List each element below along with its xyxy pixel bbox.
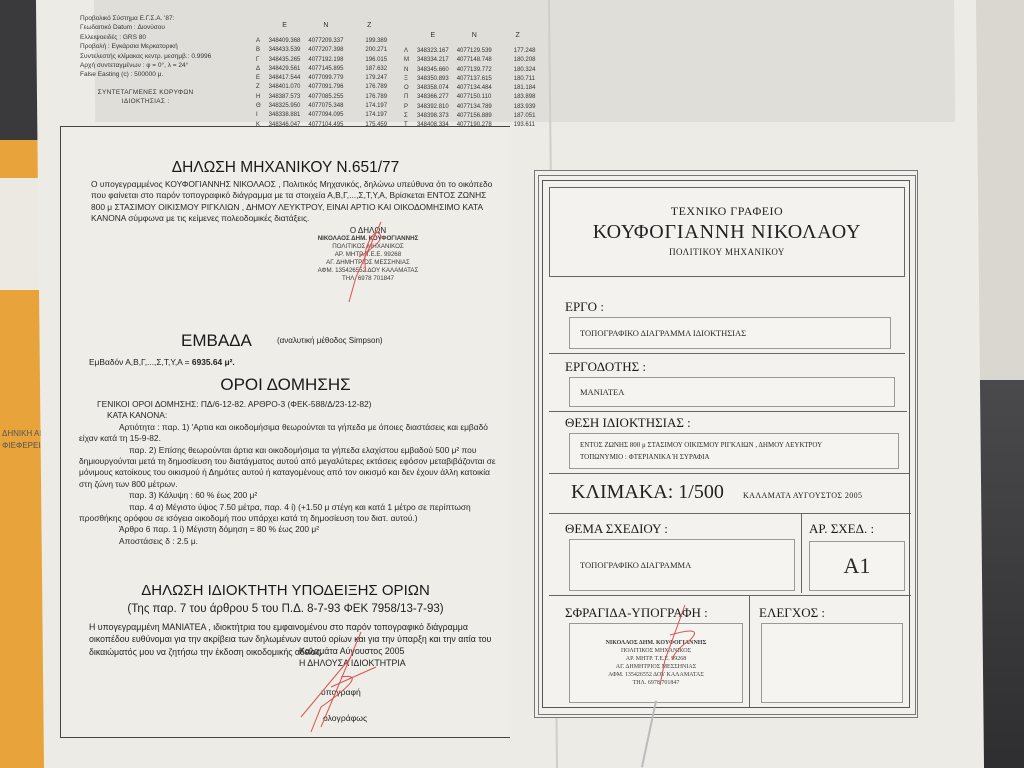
owner-declaration-title: ΔΗΛΩΣΗ ΙΔΙΟΚΤΗΤΗ ΥΠΟΔΕΙΞΗΣ ΟΡΙΩΝ: [61, 582, 510, 599]
vertex-label: Α: [252, 37, 265, 46]
coord-column-header: E: [413, 32, 453, 47]
client-value-text: ΜΑΝΙΑΤΕΑ: [580, 387, 894, 397]
easting: 348392.810: [413, 103, 453, 112]
scale: ΚΛΙΜΑΚΑ: 1/500: [571, 481, 724, 504]
elevation: 199.389: [347, 37, 391, 46]
vertex-label: Δ: [252, 65, 265, 74]
rule-paragraph: παρ. 3) Κάλυψη : 60 % έως 200 μ²: [79, 490, 499, 501]
vertex-label: Ρ: [400, 103, 413, 112]
northing: 4077209.337: [304, 37, 347, 46]
rule-paragraph: Αρτιότητα : παρ. 1) 'Αρτια και οικοδομήσ…: [79, 422, 499, 445]
divider: [549, 411, 907, 412]
coord-row: Μ348334.2174077148.748180.208: [400, 56, 539, 65]
rule-paragraph: Αποστάσεις δ : 2.5 μ.: [79, 536, 499, 547]
easting: 348401.070: [265, 83, 305, 92]
northing: 4077091.796: [304, 83, 347, 92]
vertex-label: Λ: [400, 47, 413, 56]
vertex-label: Ε: [252, 74, 265, 83]
vertex-label: Π: [400, 93, 413, 102]
area-label: ΕμΒαδόν Α,Β,Γ,...,Σ,Τ,Υ,Α =: [89, 357, 192, 367]
general-rules: ΓΕΝΙΚΟΙ ΟΡΟΙ ΔΟΜΗΣΗΣ: ΠΔ/6-12-82. ΑΡΘΡΟ-…: [79, 399, 499, 410]
northing: 4077192.198: [304, 56, 347, 65]
northing: 4077145.895: [304, 65, 347, 74]
northing: 4077085.255: [304, 93, 347, 102]
coord-row: Θ348325.9504077075.348174.197: [252, 102, 391, 111]
northing: 4077094.095: [304, 111, 347, 120]
elevation: 200.271: [347, 46, 391, 55]
project-value: ΤΟΠΟΓΡΑΦΙΚΟ ΔΙΑΓΡΑΜΜΑ ΙΔΙΟΚΤΗΣΙΑΣ: [569, 317, 891, 349]
subject-value: ΤΟΠΟΓΡΑΦΙΚΟ ΔΙΑΓΡΑΜΜΑ: [569, 539, 795, 591]
elevation: 179.247: [347, 74, 391, 83]
elevation: 180.324: [496, 66, 540, 75]
office-header: ΤΕΧΝΙΚΟ ΓΡΑΦΕΙΟ ΚΟΥΦΟΓΙΑΝΝΗ ΝΙΚΟΛΑΟΥ ΠΟΛ…: [549, 187, 905, 277]
coord-row: Ζ348401.0704077091.796176.789: [252, 83, 391, 92]
northing: 4077156.889: [453, 112, 496, 121]
elevation: 176.789: [347, 93, 391, 102]
northing: 4077139.772: [453, 66, 496, 75]
northing: 4077137.615: [453, 75, 496, 84]
elevation: 180.208: [496, 56, 540, 65]
coord-row: Ρ348392.8104077134.789183.939: [400, 103, 539, 112]
check-area: [761, 623, 903, 703]
vertex-label: Μ: [400, 56, 413, 65]
underlying-text-line: ΔΗΝΙΚΗ ΑΙ: [2, 428, 46, 440]
coord-row: Ν348345.6604077139.772180.324: [400, 66, 539, 75]
geo-line: Προβολή : Εγκάρσια Μερκατορική: [80, 42, 211, 51]
title-block-inner: ΤΕΧΝΙΚΟ ΓΡΑΦΕΙΟ ΚΟΥΦΟΓΙΑΝΝΗ ΝΙΚΟΛΑΟΥ ΠΟΛ…: [542, 180, 910, 708]
vertex-label: Σ: [400, 112, 413, 121]
elevation: 181.184: [496, 84, 540, 93]
location-value: ΕΝΤΟΣ ΖΩΝΗΣ 800 μ ΣΤΑΣΙΜΟΥ ΟΙΚΙΣΜΟΥ ΡΙΓΚ…: [569, 433, 899, 469]
coord-column-header: N: [304, 22, 347, 37]
coord-row: Ξ348350.8934077137.615180.711: [400, 75, 539, 84]
drawing-number-label: ΑΡ. ΣΧΕΔ. :: [809, 521, 874, 537]
easting: 348435.265: [265, 56, 305, 65]
easting: 348409.368: [265, 37, 305, 46]
title-block-signature: [630, 600, 720, 690]
elevation: 176.789: [347, 83, 391, 92]
geo-line: False Easting (c) : 500000 μ.: [80, 70, 211, 79]
northing: 4077075.348: [304, 102, 347, 111]
check-label: ΕΛΕΓΧΟΣ :: [759, 605, 825, 621]
coord-column-header: Z: [347, 22, 391, 37]
geo-line: Προβολικό Σύστημα Ε.Γ.Σ.Α. '87:: [80, 14, 211, 23]
vertex-label: Ι: [252, 111, 265, 120]
divider: [549, 353, 905, 354]
vertex-label: Ο: [400, 84, 413, 93]
engineer-signature: [321, 217, 411, 307]
vertex-label: Β: [252, 46, 265, 55]
divider: [801, 513, 802, 593]
easting: 348358.074: [413, 84, 453, 93]
easting: 348334.217: [413, 56, 453, 65]
elevation: 187.051: [496, 112, 540, 121]
rule-paragraph: Άρθρο 6 παρ. 1 ί) Μέγιστη δόμηση = 80 % …: [79, 524, 499, 535]
vertex-label: Ν: [400, 66, 413, 75]
subject-value-text: ΤΟΠΟΓΡΑΦΙΚΟ ΔΙΑΓΡΑΜΜΑ: [580, 560, 794, 570]
coordinates-heading-line: ΙΔΙΟΚΤΗΣΙΑΣ :: [80, 97, 211, 106]
coord-row: Ε348417.5444077099.779179.247: [252, 74, 391, 83]
divider: [549, 473, 909, 474]
coord-row: Γ348435.2654077192.198196.015: [252, 56, 391, 65]
northing: 4077129.539: [453, 47, 496, 56]
northing: 4077207.398: [304, 46, 347, 55]
easting: 348325.950: [265, 102, 305, 111]
geo-line: Αρχή συντεταγμένων : φ = 0°, λ = 24°: [80, 61, 211, 70]
easting: 348429.561: [265, 65, 305, 74]
client-label: ΕΡΓΟΔΟΤΗΣ :: [565, 359, 646, 375]
elevation: 174.197: [347, 111, 391, 120]
coordinates-table-right: ENZΛ348323.1674077129.539177.248Μ348334.…: [400, 32, 539, 131]
area-value: 6935.64 μ².: [192, 357, 235, 367]
owner-signature: [281, 627, 401, 737]
easting: 348345.660: [413, 66, 453, 75]
northing: 4077099.779: [304, 74, 347, 83]
office-line-1: ΤΕΧΝΙΚΟ ΓΡΑΦΕΙΟ: [550, 204, 904, 219]
engineer-declaration-title: ΔΗΛΩΣΗ ΜΗΧΑΝΙΚΟΥ Ν.651/77: [61, 159, 510, 177]
underlying-text-line: ΦΙΕΦΕΡΕΙΑ: [2, 440, 46, 452]
geo-line: Γεωδαιτικό Datum : Διονύσου: [80, 23, 211, 32]
subject-label: ΘΕΜΑ ΣΧΕΔΙΟΥ :: [565, 521, 668, 537]
building-rules-text: ΓΕΝΙΚΟΙ ΟΡΟΙ ΔΟΜΗΣΗΣ: ΠΔ/6-12-82. ΑΡΘΡΟ-…: [79, 399, 499, 547]
client-value: ΜΑΝΙΑΤΕΑ: [569, 377, 895, 407]
title-block: ΤΕΧΝΙΚΟ ΓΡΑΦΕΙΟ ΚΟΥΦΟΓΙΑΝΝΗ ΝΙΚΟΛΑΟΥ ΠΟΛ…: [530, 170, 920, 720]
office-line-3: ΠΟΛΙΤΙΚΟΥ ΜΗΧΑΝΙΚΟΥ: [550, 247, 904, 257]
elevation: 183.939: [496, 103, 540, 112]
vertex-label: Ξ: [400, 75, 413, 84]
geo-line: Συντελεστής κλίμακας κεντρ. μεσημβ.: 0.9…: [80, 52, 211, 61]
easting: 348323.167: [413, 47, 453, 56]
coord-row: Δ348429.5614077145.895187.632: [252, 65, 391, 74]
area-method: (αναλυτική μέθοδος Simpson): [277, 336, 383, 345]
coord-row: Η348387.5734077085.255176.789: [252, 93, 391, 102]
northing: 4077148.748: [453, 56, 496, 65]
coord-column-header: [400, 32, 413, 47]
elevation: 177.248: [496, 47, 540, 56]
coord-row: Β348433.5394077207.398200.271: [252, 46, 391, 55]
area-title: ΕΜΒΑΔΑ: [181, 331, 252, 351]
divider: [549, 595, 911, 596]
vertex-label: Γ: [252, 56, 265, 65]
geo-line: Ελλειψοειδές : GRS 80: [80, 33, 211, 42]
easting: 348398.373: [413, 112, 453, 121]
elevation: 187.632: [347, 65, 391, 74]
declarations-panel: ΔΗΛΩΣΗ ΜΗΧΑΝΙΚΟΥ Ν.651/77 Ο υπογεγραμμέν…: [60, 126, 510, 738]
northing: 4077134.789: [453, 103, 496, 112]
underlying-sheet-text: ΔΗΝΙΚΗ ΑΙ ΦΙΕΦΕΡΕΙΑ: [2, 428, 46, 452]
location-label: ΘΕΣΗ ΙΔΙΟΚΤΗΣΙΑΣ :: [565, 415, 691, 431]
vertex-label: Θ: [252, 102, 265, 111]
coord-row: Π348366.2774077150.110183.898: [400, 93, 539, 102]
coord-row: Λ348323.1674077129.539177.248: [400, 47, 539, 56]
area-line: ΕμΒαδόν Α,Β,Γ,...,Σ,Τ,Υ,Α = 6935.64 μ².: [89, 357, 235, 367]
easting: 348338.881: [265, 111, 305, 120]
engineer-declaration-text: Ο υπογεγραμμένος ΚΟΥΦΟΓΙΑΝΝΗΣ ΝΙΚΟΛΑΟΣ ,…: [91, 179, 501, 225]
coord-row: Ι348338.8814077094.095174.197: [252, 111, 391, 120]
kata-kanona: ΚΑΤΑ ΚΑΝΟΝΑ:: [79, 410, 499, 421]
easting: 348417.544: [265, 74, 305, 83]
coordinates-heading-line: ΣΥΝΤΕΤΑΓΜΕΝΕΣ ΚΟΡΥΦΩΝ: [80, 88, 211, 97]
geodetic-info: Προβολικό Σύστημα Ε.Γ.Σ.Α. '87: Γεωδαιτι…: [80, 14, 211, 107]
office-line-2: ΚΟΥΦΟΓΙΑΝΝΗ ΝΙΚΟΛΑΟΥ: [550, 221, 904, 244]
elevation: 196.015: [347, 56, 391, 65]
building-rules-title: ΟΡΟΙ ΔΟΜΗΣΗΣ: [61, 375, 510, 395]
rule-paragraph: παρ. 4 α) Μέγιστο ύψος 7.50 μέτρα, παρ. …: [79, 502, 499, 525]
coordinates-table-left: ENZΑ348409.3684077209.337199.389Β348433.…: [252, 22, 391, 130]
drawing-number-text: Α1: [810, 553, 904, 579]
elevation: 180.711: [496, 75, 540, 84]
northing: 4077134.484: [453, 84, 496, 93]
coord-column-header: [252, 22, 265, 37]
coord-column-header: E: [265, 22, 305, 37]
project-label: ΕΡΓΟ :: [565, 299, 604, 315]
coord-column-header: Z: [496, 32, 540, 47]
coord-row: Ο348358.0744077134.484181.184: [400, 84, 539, 93]
vertex-label: Ζ: [252, 83, 265, 92]
scale-place-date: ΚΑΛΑΜΑΤΑ ΑΥΓΟΥΣΤΟΣ 2005: [743, 491, 862, 500]
vertex-label: Η: [252, 93, 265, 102]
location-line-1: ΕΝΤΟΣ ΖΩΝΗΣ 800 μ ΣΤΑΣΙΜΟΥ ΟΙΚΙΣΜΟΥ ΡΙΓΚ…: [580, 439, 898, 451]
coord-column-header: N: [453, 32, 496, 47]
northing: 4077150.110: [453, 93, 496, 102]
project-value-text: ΤΟΠΟΓΡΑΦΙΚΟ ΔΙΑΓΡΑΜΜΑ ΙΔΙΟΚΤΗΣΙΑΣ: [580, 328, 890, 338]
divider: [749, 595, 750, 707]
coordinates-heading: ΣΥΝΤΕΤΑΓΜΕΝΕΣ ΚΟΡΥΦΩΝ ΙΔΙΟΚΤΗΣΙΑΣ :: [80, 88, 211, 107]
easting: 348350.893: [413, 75, 453, 84]
rule-paragraph: παρ. 2) Επίσης θεωρούνται άρτια και οικο…: [79, 445, 499, 491]
coord-row: Α348409.3684077209.337199.389: [252, 37, 391, 46]
owner-declaration-subtitle: (Της παρ. 7 του άρθρου 5 του Π.Δ. 8-7-93…: [61, 603, 510, 615]
drawing-number-value: Α1: [809, 541, 905, 591]
elevation: 174.197: [347, 102, 391, 111]
divider: [549, 513, 911, 514]
coord-row: Σ348398.3734077156.889187.051: [400, 112, 539, 121]
location-line-2: ΤΟΠΩΝΥΜΙΟ : ΦΤΕΡΙΑΝΙΚΑ Ή ΣΥΡΑΦΙΑ: [580, 451, 898, 463]
elevation: 183.898: [496, 93, 540, 102]
easting: 348366.277: [413, 93, 453, 102]
easting: 348433.539: [265, 46, 305, 55]
easting: 348387.573: [265, 93, 305, 102]
